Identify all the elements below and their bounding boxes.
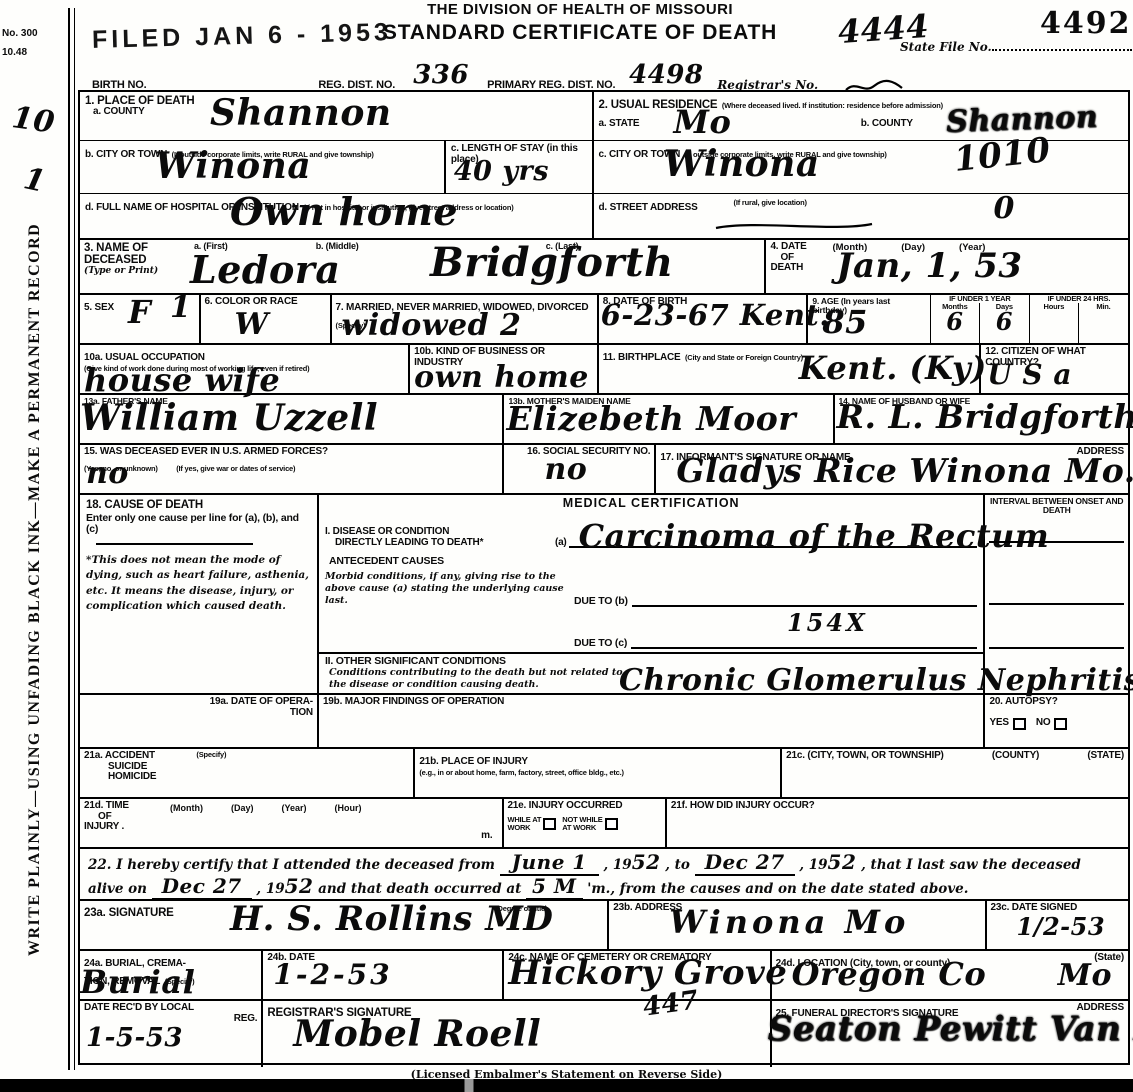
state-file-number: 4492 xyxy=(1040,6,1132,41)
field-city-of-death: b. CITY OR TOWN (If outside corporate li… xyxy=(80,141,444,192)
field-residence-county: b. COUNTY Shannon xyxy=(861,113,1123,131)
residence-city-value: Winona xyxy=(664,149,820,180)
registration-line: BIRTH NO. REG. DIST. NO. 336 PRIMARY REG… xyxy=(92,66,1126,92)
state-file-dotted-line xyxy=(992,49,1132,51)
field-date-received: DATE REC'D BY LOCAL REG. 1-5-53 xyxy=(80,1001,263,1067)
certify-to-year: 52 xyxy=(828,850,857,874)
injury-county-label: (COUNTY) xyxy=(992,751,1039,762)
certificate-form: 1. PLACE OF DEATH a. COUNTY Shannon b. C… xyxy=(78,90,1130,1065)
field-due-to-b: Morbid conditions, if any, giving rise t… xyxy=(319,567,984,607)
interval-line-b xyxy=(989,603,1124,605)
residence-county-value: Shannon xyxy=(945,104,1098,135)
citizen-value: U S a xyxy=(987,363,1072,387)
certify-from-value: June 1 xyxy=(500,850,599,876)
autopsy-no-checkbox xyxy=(1054,718,1067,730)
burial-location-value: Oregon Co xyxy=(792,961,987,988)
field-date-signed: 23c. DATE SIGNED 1/2-53 xyxy=(987,901,1128,949)
row-signatures: DATE REC'D BY LOCAL REG. 1-5-53 REGISTRA… xyxy=(80,1001,1128,1067)
field-age-under1: IF UNDER 1 YEAR Months 6 Days 6 xyxy=(930,295,1029,343)
row-time-of-injury: 21d. TIME OF INJURY . (Month) (Day) (Yea… xyxy=(80,799,1128,849)
injury-city-label: 21c. (CITY, TOWN, OR TOWNSHIP) xyxy=(786,751,944,762)
left-double-rule-inner xyxy=(74,8,75,1070)
field-days: Days 6 xyxy=(980,303,1029,343)
ssn-value: no xyxy=(544,457,587,483)
field-time-of-injury: 21d. TIME OF INJURY . (Month) (Day) (Yea… xyxy=(80,799,504,847)
row-burial: 24a. BURIAL, CREMA- TION, REMOVAL (Speci… xyxy=(80,951,1128,1001)
antecedent-note: Morbid conditions, if any, giving rise t… xyxy=(325,571,570,607)
due-to-c-label: DUE TO (c) xyxy=(574,638,627,649)
armed-forces-label: 15. WAS DECEASED EVER IN U.S. ARMED FORC… xyxy=(84,447,498,458)
field-funeral-director: 25. FUNERAL DIRECTOR'S SIGNATURE ADDRESS… xyxy=(772,1001,1128,1067)
certify-alive-year: 52 xyxy=(285,874,314,898)
burial-state-value: Mo xyxy=(1058,963,1112,989)
field-other-conditions: II. OTHER SIGNIFICANT CONDITIONS Conditi… xyxy=(319,652,984,693)
interval-line-c xyxy=(989,647,1124,649)
row-accident: 21a. ACCIDENT SUICIDE HOMICIDE (Specify)… xyxy=(80,749,1128,799)
residence-city-extra-number: 1010 xyxy=(952,136,1051,175)
field-accident-suicide: 21a. ACCIDENT SUICIDE HOMICIDE (Specify) xyxy=(80,749,415,797)
field-father-name: 13a. FATHER'S NAME William Uzzell xyxy=(80,395,504,443)
field-name-of-deceased: 3. NAME OF DECEASED (Type or Print) a. (… xyxy=(80,240,766,293)
margin-instruction-text: WRITE PLAINLY—USING UNFADING BLACK INK—M… xyxy=(26,118,44,1060)
row-place-residence: 1. PLACE OF DEATH a. COUNTY Shannon b. C… xyxy=(80,92,1128,240)
field-age: 9. AGE (In years last birthday) 85 IF UN… xyxy=(808,295,1128,343)
color-race-value: W xyxy=(235,312,326,338)
residence-state-value: Mo xyxy=(674,109,732,136)
injury-year-header: (Year) xyxy=(282,803,307,833)
margin-handwritten-mark-1: 10 xyxy=(10,105,56,136)
field-place-of-injury: 21b. PLACE OF INJURY (e.g., in or about … xyxy=(415,749,782,797)
certificate-title: STANDARD CERTIFICATE OF DEATH xyxy=(300,21,860,45)
field-age-years: 9. AGE (In years last birthday) 85 xyxy=(808,295,929,343)
physician-signature-value: H. S. Rollins MD xyxy=(230,905,553,934)
row-occupation: 10a. USUAL OCCUPATION (Give kind of work… xyxy=(80,345,1128,395)
field-burial-date: 24b. DATE 1-2-53 xyxy=(263,951,504,999)
occupation-value: house wife xyxy=(84,367,280,394)
certify-p9: 'm., from the causes and on the date sta… xyxy=(587,881,968,897)
while-at-work-label2: WORK xyxy=(507,824,541,832)
field-county-of-death: 1. PLACE OF DEATH a. COUNTY Shannon xyxy=(80,92,592,141)
field-age-under24: IF UNDER 24 HRS. Hours Min. xyxy=(1029,295,1128,343)
row-operation: 19a. DATE OF OPERA- TION 19b. MAJOR FIND… xyxy=(80,695,1128,749)
injury-day-header: (Day) xyxy=(231,803,254,833)
age-value: 85 xyxy=(822,309,868,336)
certify-p6: alive on xyxy=(88,881,147,897)
injury-m-label: m. xyxy=(481,831,492,842)
field-disease-condition: I. DISEASE OR CONDITION DIRECTLY LEADING… xyxy=(319,510,984,548)
last-name-value: Bridgforth xyxy=(430,246,674,280)
interval-line-a xyxy=(989,541,1124,543)
field-physician-address: 23b. ADDRESS Winona Mo xyxy=(609,901,986,949)
street-address-note: (If rural, give location) xyxy=(734,199,807,207)
certify-time-value: 5 M xyxy=(526,874,583,900)
injury-month-header: (Month) xyxy=(170,803,203,833)
field-interval: INTERVAL BETWEEN ONSET AND DEATH xyxy=(985,495,1128,693)
certify-from-year: 52 xyxy=(632,850,661,874)
field-usual-residence: 2. USUAL RESIDENCE (Where deceased lived… xyxy=(594,92,1128,238)
mother-value: Elizebeth Moor xyxy=(506,405,796,433)
due-to-c-line: 154X xyxy=(631,647,977,649)
certify-alive-value: Dec 27 xyxy=(152,874,252,900)
major-findings-label: 19b. MAJOR FINDINGS OF OPERATION xyxy=(323,697,980,708)
place-of-injury-label: 21b. PLACE OF INJURY xyxy=(419,756,527,767)
field-sex: 5. SEX F 1 xyxy=(80,295,201,343)
first-name-value: Ledora xyxy=(190,254,340,286)
birthplace-note: (City and State or Foreign Country) xyxy=(685,353,803,362)
field-residence-state: a. STATE Mo xyxy=(599,113,861,131)
marital-value: widowed 2 xyxy=(342,313,522,339)
state-file-no: State File No. xyxy=(900,40,1132,54)
date-of-death-label3: DEATH xyxy=(770,263,822,274)
days-value: 6 xyxy=(980,312,1029,332)
date-of-death-label1: 4. DATE xyxy=(770,242,822,253)
row-certify-statement: 22. I hereby certify that I attended the… xyxy=(80,849,1128,901)
place-of-injury-note: (e.g., in or about home, farm, factory, … xyxy=(419,769,776,777)
accident-label1: 21a. ACCIDENT xyxy=(84,751,156,762)
armed-forces-value: no xyxy=(86,461,129,487)
name-label: 3. NAME OF DECEASED xyxy=(84,242,194,266)
birthplace-label: 11. BIRTHPLACE xyxy=(603,352,681,363)
field-date-of-birth: 8. DATE OF BIRTH 6-23-67 Kent. xyxy=(599,295,809,343)
min-header: Min. xyxy=(1079,303,1128,311)
months-value: 6 xyxy=(931,312,979,332)
form-number-line2: 10.48 xyxy=(2,43,38,62)
sex-label: 5. SEX xyxy=(84,302,114,313)
cause-of-death-label: 18. CAUSE OF DEATH xyxy=(86,499,311,511)
field-injury-location: 21c. (CITY, TOWN, OR TOWNSHIP) (COUNTY) … xyxy=(782,749,1128,797)
field-injury-occurred: 21e. INJURY OCCURRED WHILE AT WORK NOT W… xyxy=(504,799,666,847)
field-armed-forces: 15. WAS DECEASED EVER IN U.S. ARMED FORC… xyxy=(80,445,504,493)
injury-hour-header: (Hour) xyxy=(335,803,362,833)
field-autopsy: 20. AUTOPSY? YES NO xyxy=(985,695,1128,747)
field-min: Min. xyxy=(1079,303,1128,343)
cause-note-2: *This does not mean the mode of dying, s… xyxy=(86,553,311,614)
certify-p8: and that death occurred at xyxy=(318,881,521,897)
residence-state-label: a. STATE xyxy=(599,118,640,129)
field-color-race: 6. COLOR OR RACE W xyxy=(201,295,332,343)
field-certify-statement: 22. I hereby certify that I attended the… xyxy=(80,849,1128,899)
registrar-extra-number: 447 xyxy=(642,989,700,1019)
disease-a-line: Carcinoma of the Rectum xyxy=(569,546,978,548)
field-date-of-death: 4. DATE OF DEATH (Month) (Day) (Year) Ja… xyxy=(766,240,1128,293)
field-marital-status: 7. MARRIED, NEVER MARRIED, WIDOWED, DIVO… xyxy=(332,295,599,343)
row-physician: 23a. SIGNATURE (Degree or title) H. S. R… xyxy=(80,901,1128,951)
field-date-of-operation: 19a. DATE OF OPERA- TION xyxy=(80,695,319,747)
accident-note: (Specify) xyxy=(196,751,226,783)
residence-county-label: b. COUNTY xyxy=(861,118,913,129)
birthplace-value: Kent. (Ky) xyxy=(799,355,987,382)
field-physician-signature: 23a. SIGNATURE (Degree or title) H. S. R… xyxy=(80,901,609,949)
field-burial: 24a. BURIAL, CREMA- TION, REMOVAL (Speci… xyxy=(80,951,263,999)
signature-label: 23a. SIGNATURE xyxy=(84,907,174,919)
street-address-dash xyxy=(714,218,874,234)
field-months: Months 6 xyxy=(931,303,980,343)
left-double-rule xyxy=(68,8,70,1070)
date-of-death-value: Jan, 1, 53 xyxy=(836,252,1022,281)
date-signed-value: 1/2-53 xyxy=(1017,917,1106,937)
field-citizen: 12. CITIZEN OF WHAT COUNTRY? U S a xyxy=(981,345,1128,393)
field-cemetery: 24c. NAME OF CEMETERY OR CREMATORY Hicko… xyxy=(504,951,771,999)
cause-note-1: Enter only one cause per line for (a), (… xyxy=(86,513,311,535)
certify-p2: , 19 xyxy=(604,857,632,873)
how-injury-label: 21f. HOW DID INJURY OCCUR? xyxy=(671,801,1124,812)
field-burial-location: 24d. LOCATION (City, town, or county) (S… xyxy=(772,951,1128,999)
not-while-at-work-label2: AT WORK xyxy=(562,824,602,832)
operation-date-label2: TION xyxy=(84,708,313,719)
field-due-to-c: DUE TO (c) 154X xyxy=(319,607,984,649)
row-name-date: 3. NAME OF DECEASED (Type or Print) a. (… xyxy=(80,240,1128,295)
disease-label-2: DIRECTLY LEADING TO DEATH* xyxy=(325,538,555,549)
hours-header: Hours xyxy=(1030,303,1078,311)
title-block: THE DIVISION OF HEALTH OF MISSOURI STAND… xyxy=(300,1,860,45)
name-sub-label: (Type or Print) xyxy=(84,266,194,276)
autopsy-label: 20. AUTOPSY? xyxy=(989,697,1124,708)
armed-forces-note2: (If yes, give war or dates of service) xyxy=(176,464,295,473)
time-injury-label3: INJURY . xyxy=(84,822,154,833)
accident-label3: HOMICIDE xyxy=(84,772,156,783)
field-mother-name: 13b. MOTHER'S MAIDEN NAME Elizebeth Moor xyxy=(504,395,834,443)
length-of-stay-value: 40 yrs xyxy=(454,161,549,184)
sex-stray-mark: 1 xyxy=(170,295,191,321)
injury-state-label: (STATE) xyxy=(1087,751,1124,762)
field-hospital: d. FULL NAME OF HOSPITAL OR INSTITUTION … xyxy=(80,194,592,238)
field-street-address: d. STREET ADDRESS (If rural, give locati… xyxy=(594,194,1128,238)
registrar-signature-value: Mobel Roell xyxy=(293,1019,541,1050)
subrow-city-stay: b. CITY OR TOWN (If outside corporate li… xyxy=(80,141,592,193)
disease-label-1: I. DISEASE OR CONDITION xyxy=(325,527,555,538)
dob-value: 6-23-67 Kent. xyxy=(601,303,830,328)
usual-residence-note: (Where deceased lived. If institution: r… xyxy=(722,101,943,110)
hospital-value: Own home xyxy=(230,196,458,228)
certify-num: 22. xyxy=(88,857,112,873)
primary-reg-blank: 4498 xyxy=(621,66,711,92)
informant-value: Gladys Rice Winona Mo. xyxy=(676,457,1133,485)
form-number-line1: No. 300 xyxy=(2,24,38,43)
medical-certification-title: MEDICAL CERTIFICATION xyxy=(319,496,984,510)
field-cause-of-death-notes: 18. CAUSE OF DEATH Enter only one cause … xyxy=(80,495,319,693)
field-ssn: 16. SOCIAL SECURITY NO. no xyxy=(504,445,656,493)
certify-p1: I hereby certify that I attended the dec… xyxy=(116,857,495,873)
sex-value: F xyxy=(128,299,151,326)
field-spouse-name: 14. NAME OF HUSBAND OR WIFE R. L. Bridgf… xyxy=(835,395,1128,443)
disease-a-label: (a) xyxy=(555,538,567,549)
reg-dist-value: 336 xyxy=(413,60,469,90)
row-parents: 13a. FATHER'S NAME William Uzzell 13b. M… xyxy=(80,395,1128,445)
field-informant: 17. INFORMANT'S SIGNATURE OR NAME ADDRES… xyxy=(656,445,1128,493)
time-injury-label1: 21d. TIME xyxy=(84,801,154,812)
spouse-value: R. L. Bridgforth xyxy=(837,403,1133,431)
row-medical-certification: 18. CAUSE OF DEATH Enter only one cause … xyxy=(80,495,1128,695)
due-to-b-line xyxy=(632,605,978,607)
reg-dist-blank: 336 xyxy=(401,66,481,92)
injury-occurred-label: 21e. INJURY OCCURRED xyxy=(507,801,661,812)
interval-label: INTERVAL BETWEEN ONSET AND DEATH xyxy=(989,497,1124,516)
field-place-of-death: 1. PLACE OF DEATH a. COUNTY Shannon b. C… xyxy=(80,92,594,238)
burial-date-value: 1-2-53 xyxy=(273,963,392,987)
certify-p3: , to xyxy=(665,857,690,873)
division-title: THE DIVISION OF HEALTH OF MISSOURI xyxy=(300,1,860,18)
cause-divider xyxy=(96,543,253,545)
field-registrar-signature: REGISTRAR'S SIGNATURE 447 Mobel Roell xyxy=(263,1001,771,1067)
certify-to-value: Dec 27 xyxy=(695,850,795,876)
not-while-at-work-checkbox xyxy=(605,818,618,830)
county-of-death-value: Shannon xyxy=(210,98,392,129)
field-medical-certification: MEDICAL CERTIFICATION I. DISEASE OR COND… xyxy=(319,495,986,693)
business-value: own home xyxy=(414,365,589,391)
row-informant: 15. WAS DECEASED EVER IN U.S. ARMED FORC… xyxy=(80,445,1128,495)
father-value: William Uzzell xyxy=(80,403,378,434)
field-major-findings: 19b. MAJOR FINDINGS OF OPERATION xyxy=(319,695,986,747)
date-received-label1: DATE REC'D BY LOCAL xyxy=(84,1003,257,1014)
certify-p4: , 19 xyxy=(799,857,827,873)
due-to-b-label: DUE TO (b) xyxy=(574,596,628,607)
while-at-work-checkbox xyxy=(543,818,556,830)
field-hours: Hours xyxy=(1030,303,1079,343)
field-occupation: 10a. USUAL OCCUPATION (Give kind of work… xyxy=(80,345,410,393)
field-business: 10b. KIND OF BUSINESS OR INDUSTRY own ho… xyxy=(410,345,599,393)
row-sex-age: 5. SEX F 1 6. COLOR OR RACE W 7. MARRIED… xyxy=(80,295,1128,345)
physician-address-value: Winona Mo xyxy=(669,909,909,936)
form-number: No. 300 10.48 xyxy=(2,24,38,62)
primary-reg-value: 4498 xyxy=(629,60,703,90)
burial-value: Burial xyxy=(80,969,195,996)
field-length-of-stay: c. LENGTH OF STAY (in this place) 40 yrs xyxy=(444,141,592,192)
autopsy-no-label: NO xyxy=(1036,718,1051,729)
date-received-value: 1-5-53 xyxy=(86,1027,183,1049)
autopsy-yes-label: YES xyxy=(989,718,1008,729)
scan-bottom-black-bar xyxy=(0,1079,1133,1092)
field-birthplace: 11. BIRTHPLACE (City and State or Foreig… xyxy=(599,345,982,393)
certify-p7: , 19 xyxy=(256,881,284,897)
funeral-director-value: Seaton Pewitt Van Buren xyxy=(768,1015,1133,1044)
color-race-label: 6. COLOR OR RACE xyxy=(205,297,326,308)
certify-p5: , that I last saw the deceased xyxy=(861,857,1081,873)
operation-date-label1: 19a. DATE OF OPERA- xyxy=(84,697,313,708)
city-of-death-value: Winona xyxy=(155,151,311,182)
state-file-label: State File No. xyxy=(900,40,992,54)
field-how-injury-occurred: 21f. HOW DID INJURY OCCUR? xyxy=(667,799,1128,847)
cemetery-value: Hickory Grove xyxy=(508,959,787,988)
other-conditions-note: Conditions contributing to the death but… xyxy=(329,667,629,691)
field-residence-city: c. CITY OR TOWN (If outside corporate li… xyxy=(594,141,1128,193)
code-154x-value: 154X xyxy=(787,613,868,633)
street-address-label: d. STREET ADDRESS xyxy=(599,202,698,213)
street-address-value: 0 xyxy=(994,196,1015,222)
disease-a-value: Carcinoma of the Rectum xyxy=(579,523,1050,550)
autopsy-yes-checkbox xyxy=(1013,718,1026,730)
